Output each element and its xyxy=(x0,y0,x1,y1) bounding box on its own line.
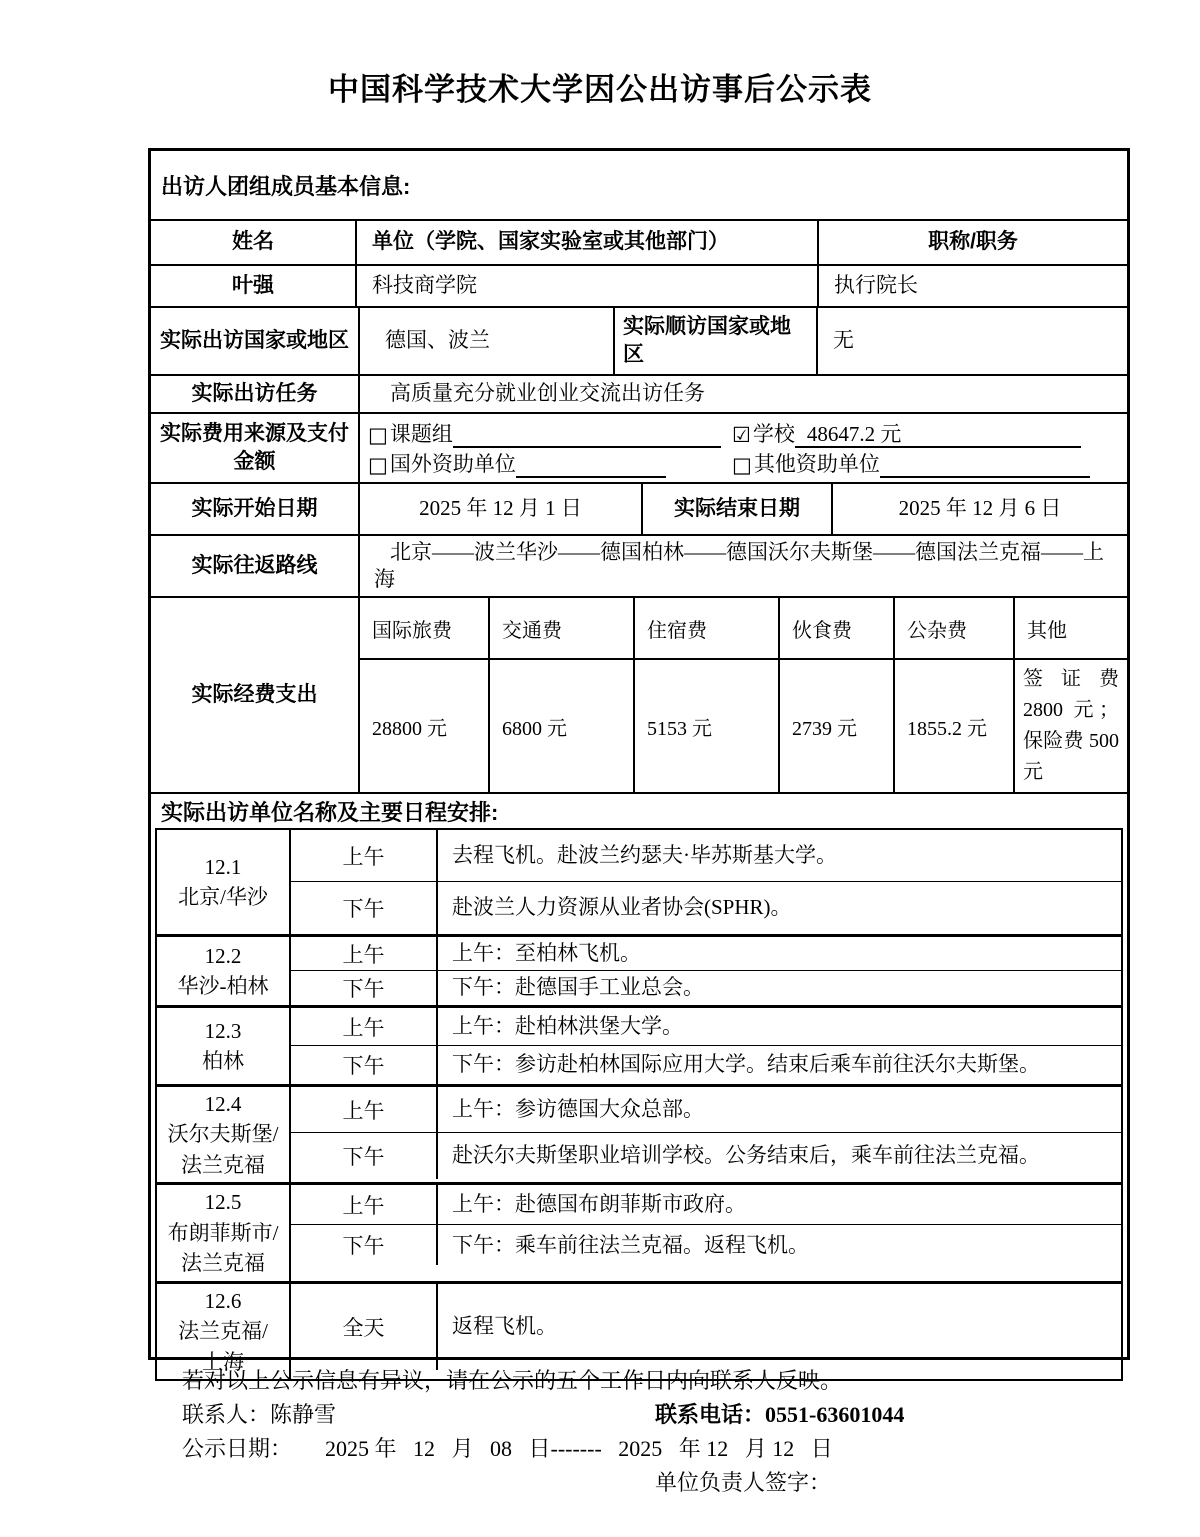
checkbox-checked-icon: ☑ xyxy=(732,422,751,448)
schedule-slot: 下午 下午：参访赴柏林国际应用大学。结束后乘车前往沃尔夫斯堡。 xyxy=(291,1046,1121,1084)
slot-activity: 返程飞机。 xyxy=(438,1284,1121,1370)
funding-option-project: □ 课题组 xyxy=(368,418,732,448)
funding-option-foreign: □ 国外资助单位 xyxy=(368,448,732,478)
expense-value: 6800 元 xyxy=(490,660,635,792)
col-header-title: 职称/职务 xyxy=(819,221,1127,264)
task-label: 实际出访任务 xyxy=(151,376,360,412)
expense-category: 伙食费 xyxy=(780,598,895,658)
slot-activity: 去程飞机。赴波兰约瑟夫·毕苏斯基大学。 xyxy=(438,830,1121,881)
member-name: 叶强 xyxy=(151,266,357,306)
slot-activity: 下午：乘车前往法兰克福。返程飞机。 xyxy=(438,1225,1121,1265)
transit-label: 实际顺访国家或地区 xyxy=(615,308,818,374)
slot-period: 上午 xyxy=(291,1087,438,1132)
contact-line: 联系人：陈静雪 联系电话：0551-63601044 xyxy=(148,1398,1158,1432)
schedule-slot: 下午 下午：赴德国手工业总会。 xyxy=(291,971,1121,1005)
schedule-day-12-1: 12.1 北京/华沙 上午 去程飞机。赴波兰约瑟夫·毕苏斯基大学。 下午 赴波兰… xyxy=(157,830,1121,937)
slot-period: 上午 xyxy=(291,1185,438,1224)
countries-row: 实际出访国家或地区 德国、波兰 实际顺访国家或地区 无 xyxy=(151,308,1127,376)
slot-period: 下午 xyxy=(291,1225,438,1265)
schedule-date-cell: 12.4 沃尔夫斯堡/ 法兰克福 xyxy=(157,1087,291,1182)
expenses-row: 实际经费支出 国际旅费 交通费 住宿费 伙食费 公杂费 其他 28800 元 6… xyxy=(151,598,1127,794)
slot-activity: 上午：赴柏林洪堡大学。 xyxy=(438,1008,1121,1045)
slot-activity: 下午：参访赴柏林国际应用大学。结束后乘车前往沃尔夫斯堡。 xyxy=(438,1046,1121,1084)
slot-activity: 上午：赴德国布朗菲斯市政府。 xyxy=(438,1185,1121,1224)
slot-activity: 赴波兰人力资源从业者协会(SPHR)。 xyxy=(438,882,1121,934)
slot-period: 下午 xyxy=(291,1046,438,1084)
schedule-place: 北京/华沙 xyxy=(178,882,268,912)
funding-option-school: ☑ 学校 48647.2 元 xyxy=(732,418,1081,448)
schedule-slot: 下午 赴波兰人力资源从业者协会(SPHR)。 xyxy=(291,882,1121,934)
schedule-date-cell: 12.5 布朗菲斯市/ 法兰克福 xyxy=(157,1185,291,1280)
publicity-form-page: { "title": "中国科学技术大学因公出访事后公示表", "basic":… xyxy=(0,0,1200,1537)
funding-options: □ 课题组 ☑ 学校 48647.2 元 □ 国外资助单位 □ xyxy=(360,414,1127,482)
funding-line-2: □ 国外资助单位 □ 其他资助单位 xyxy=(368,448,1127,478)
schedule-place: 华沙-柏林 xyxy=(178,971,269,1001)
basic-info-section-title: 出访人团组成员基本信息: xyxy=(151,151,1127,219)
member-header-row: 姓名 单位（学院、国家实验室或其他部门） 职称/职务 xyxy=(151,221,1127,266)
funding-option-label: 国外资助单位 xyxy=(390,448,516,478)
schedule-place: 沃尔夫斯堡/ 法兰克福 xyxy=(168,1119,279,1180)
expense-value: 2739 元 xyxy=(780,660,895,792)
checkbox-unchecked-icon: □ xyxy=(732,452,752,478)
expense-category: 其他 xyxy=(1015,598,1127,658)
contact-person: 联系人：陈静雪 xyxy=(182,1402,336,1427)
page-title: 中国科学技术大学因公出访事后公示表 xyxy=(0,64,1200,109)
funding-fill-amount: 48647.2 元 xyxy=(795,421,1081,448)
funding-option-label: 其他资助单位 xyxy=(754,448,880,478)
schedule-date: 12.6 xyxy=(205,1286,242,1316)
schedule-section-title: 实际出访单位名称及主要日程安排: xyxy=(151,794,1127,828)
schedule-slot: 上午 上午：参访德国大众总部。 xyxy=(291,1087,1121,1133)
member-title: 执行院长 xyxy=(819,266,1127,306)
col-header-name: 姓名 xyxy=(151,221,357,264)
schedule-slot: 上午 上午：赴德国布朗菲斯市政府。 xyxy=(291,1185,1121,1225)
expenses-grid: 国际旅费 交通费 住宿费 伙食费 公杂费 其他 28800 元 6800 元 5… xyxy=(360,598,1127,792)
schedule-table: 12.1 北京/华沙 上午 去程飞机。赴波兰约瑟夫·毕苏斯基大学。 下午 赴波兰… xyxy=(155,828,1123,1381)
schedule-date-cell: 12.1 北京/华沙 xyxy=(157,830,291,934)
expense-category: 国际旅费 xyxy=(360,598,490,658)
slot-period: 全天 xyxy=(291,1284,438,1370)
funding-option-label: 学校 xyxy=(753,418,795,448)
task-row: 实际出访任务 高质量充分就业创业交流出访任务 xyxy=(151,376,1127,414)
funding-fill-blank xyxy=(880,451,1090,478)
slot-activity: 下午：赴德国手工业总会。 xyxy=(438,971,1121,1005)
schedule-date-cell: 12.3 柏林 xyxy=(157,1008,291,1084)
funding-line-1: □ 课题组 ☑ 学校 48647.2 元 xyxy=(368,418,1127,448)
task-value: 高质量充分就业创业交流出访任务 xyxy=(360,376,1127,412)
expense-category: 交通费 xyxy=(490,598,635,658)
schedule-place: 布朗菲斯市/ 法兰克福 xyxy=(168,1218,279,1279)
schedule-date: 12.5 xyxy=(205,1187,242,1217)
dates-row: 实际开始日期 2025 年 12 月 1 日 实际结束日期 2025 年 12 … xyxy=(151,484,1127,536)
contact-phone: 联系电话：0551-63601044 xyxy=(655,1398,904,1432)
schedule-slot: 下午 赴沃尔夫斯堡职业培训学校。公务结束后，乘车前往法兰克福。 xyxy=(291,1133,1121,1179)
expense-value: 28800 元 xyxy=(360,660,490,792)
funding-option-other: □ 其他资助单位 xyxy=(732,448,1090,478)
slot-period: 下午 xyxy=(291,1133,438,1179)
schedule-slot: 上午 去程飞机。赴波兰约瑟夫·毕苏斯基大学。 xyxy=(291,830,1121,882)
member-unit: 科技商学院 xyxy=(357,266,819,306)
main-table: 出访人团组成员基本信息: 姓名 单位（学院、国家实验室或其他部门） 职称/职务 … xyxy=(148,148,1130,1360)
schedule-date: 12.1 xyxy=(205,852,242,882)
expense-value: 5153 元 xyxy=(635,660,780,792)
end-date-label: 实际结束日期 xyxy=(643,484,833,534)
slot-activity: 上午：参访德国大众总部。 xyxy=(438,1087,1121,1132)
route-label: 实际往返路线 xyxy=(151,536,360,596)
schedule-slot: 上午 上午：至柏林飞机。 xyxy=(291,937,1121,971)
schedule-header-row: 实际出访单位名称及主要日程安排: xyxy=(151,794,1127,828)
member-row: 叶强 科技商学院 执行院长 xyxy=(151,266,1127,308)
start-date-value: 2025 年 12 月 1 日 xyxy=(360,484,643,534)
slot-activity: 赴沃尔夫斯堡职业培训学校。公务结束后，乘车前往法兰克福。 xyxy=(438,1133,1121,1179)
expense-value: 1855.2 元 xyxy=(895,660,1015,792)
expense-value-other: 签证费 2800 元；保险费 500 元 xyxy=(1015,660,1127,792)
expense-category: 住宿费 xyxy=(635,598,780,658)
schedule-day-12-2: 12.2 华沙-柏林 上午 上午：至柏林飞机。 下午 下午：赴德国手工业总会。 xyxy=(157,937,1121,1008)
countries-label: 实际出访国家或地区 xyxy=(151,308,360,374)
funding-fill-blank xyxy=(453,421,721,448)
expenses-label: 实际经费支出 xyxy=(151,598,360,792)
schedule-date: 12.3 xyxy=(205,1016,242,1046)
objection-notice: 若对以上公示信息有异议，请在公示的五个工作日内向联系人反映。 xyxy=(148,1364,1158,1398)
schedule-day-12-4: 12.4 沃尔夫斯堡/ 法兰克福 上午 上午：参访德国大众总部。 下午 赴沃尔夫… xyxy=(157,1087,1121,1185)
end-date-value: 2025 年 12 月 6 日 xyxy=(833,484,1127,534)
schedule-date: 12.2 xyxy=(205,941,242,971)
expense-category: 公杂费 xyxy=(895,598,1015,658)
schedule-day-12-3: 12.3 柏林 上午 上午：赴柏林洪堡大学。 下午 下午：参访赴柏林国际应用大学… xyxy=(157,1008,1121,1087)
slot-period: 下午 xyxy=(291,882,438,934)
schedule-slot: 全天 返程飞机。 xyxy=(291,1284,1121,1370)
expenses-category-row: 国际旅费 交通费 住宿费 伙食费 公杂费 其他 xyxy=(360,598,1127,660)
publicity-date: 公示日期： 2025 年 12 月 08 日------- 2025 年 12 … xyxy=(148,1432,1158,1466)
schedule-row: 12.1 北京/华沙 上午 去程飞机。赴波兰约瑟夫·毕苏斯基大学。 下午 赴波兰… xyxy=(151,828,1127,1357)
start-date-label: 实际开始日期 xyxy=(151,484,360,534)
countries-value: 德国、波兰 xyxy=(360,308,615,374)
schedule-date: 12.4 xyxy=(205,1089,242,1119)
route-value: 北京——波兰华沙——德国柏林——德国沃尔夫斯堡——德国法兰克福——上海 xyxy=(360,536,1127,596)
funding-fill-blank xyxy=(516,451,666,478)
slot-period: 上午 xyxy=(291,830,438,881)
transit-value: 无 xyxy=(818,308,1127,374)
funding-option-label: 课题组 xyxy=(390,418,453,448)
funding-row: 实际费用来源及支付金额 □ 课题组 ☑ 学校 48647.2 元 □ 国外资助单… xyxy=(151,414,1127,484)
schedule-slot: 下午 下午：乘车前往法兰克福。返程飞机。 xyxy=(291,1225,1121,1265)
schedule-date-cell: 12.2 华沙-柏林 xyxy=(157,937,291,1005)
expenses-value-row: 28800 元 6800 元 5153 元 2739 元 1855.2 元 签证… xyxy=(360,660,1127,792)
basic-info-header-row: 出访人团组成员基本信息: xyxy=(151,151,1127,221)
slot-period: 下午 xyxy=(291,971,438,1005)
schedule-slot: 上午 上午：赴柏林洪堡大学。 xyxy=(291,1008,1121,1046)
route-row: 实际往返路线 北京——波兰华沙——德国柏林——德国沃尔夫斯堡——德国法兰克福——… xyxy=(151,536,1127,598)
schedule-place: 柏林 xyxy=(202,1046,244,1076)
schedule-day-12-5: 12.5 布朗菲斯市/ 法兰克福 上午 上午：赴德国布朗菲斯市政府。 下午 下午… xyxy=(157,1185,1121,1283)
slot-activity: 上午：至柏林飞机。 xyxy=(438,937,1121,970)
funding-label: 实际费用来源及支付金额 xyxy=(151,414,360,482)
checkbox-unchecked-icon: □ xyxy=(368,452,388,478)
slot-period: 上午 xyxy=(291,1008,438,1045)
signature-label: 单位负责人签字： xyxy=(148,1466,1158,1500)
col-header-unit: 单位（学院、国家实验室或其他部门） xyxy=(357,221,819,264)
footer: 若对以上公示信息有异议，请在公示的五个工作日内向联系人反映。 联系人：陈静雪 联… xyxy=(148,1364,1158,1500)
slot-period: 上午 xyxy=(291,937,438,970)
checkbox-unchecked-icon: □ xyxy=(368,422,388,448)
